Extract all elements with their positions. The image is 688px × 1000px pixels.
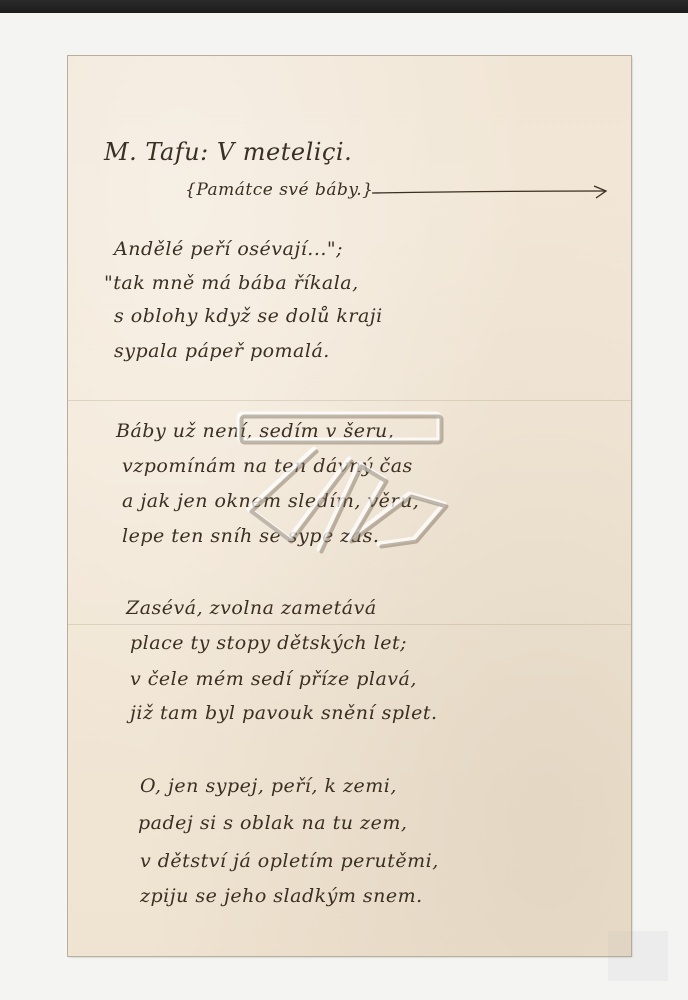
poem-title: M. Tafu: V meteliçi. — [104, 138, 352, 166]
paper-fold-line — [68, 624, 631, 625]
verse-line: Andělé peří osévají..."; — [114, 238, 343, 260]
verse-line: a jak jen oknem sledím, věru, — [122, 490, 419, 512]
verse-line: v dětství já opletím perutěmi, — [140, 850, 439, 872]
verse-line: zpiju se jeho sladkým snem. — [140, 885, 423, 907]
faded-stamp-mark — [608, 931, 668, 981]
verse-line: Zasévá, zvolna zametává — [126, 597, 377, 619]
verse-line: place ty stopy dětských let; — [130, 632, 407, 654]
scanner-top-bar — [0, 0, 688, 13]
verse-line: O, jen sypej, peří, k zemi, — [140, 775, 397, 797]
verse-line: "tak mně má bába říkala, — [104, 272, 359, 294]
verse-line: padej si s oblak na tu zem, — [138, 812, 407, 834]
verse-line: Báby už není, sedím v šeru, — [116, 420, 394, 442]
verse-line: s oblohy když se dolů kraji — [114, 305, 383, 327]
arrow-right-icon — [372, 185, 610, 199]
verse-line: již tam byl pavouk snění splet. — [130, 702, 438, 724]
verse-line: sypala pápeř pomalá. — [114, 340, 330, 362]
verse-line: vzpomínám na ten dávný čas — [122, 455, 413, 477]
paper-fold-line — [68, 400, 631, 401]
verse-line: v čele mém sedí příze plavá, — [130, 668, 417, 690]
poem-dedication: {Památce své báby.} — [185, 180, 373, 200]
verse-line: lepe ten sníh se sype zas. — [122, 525, 379, 547]
